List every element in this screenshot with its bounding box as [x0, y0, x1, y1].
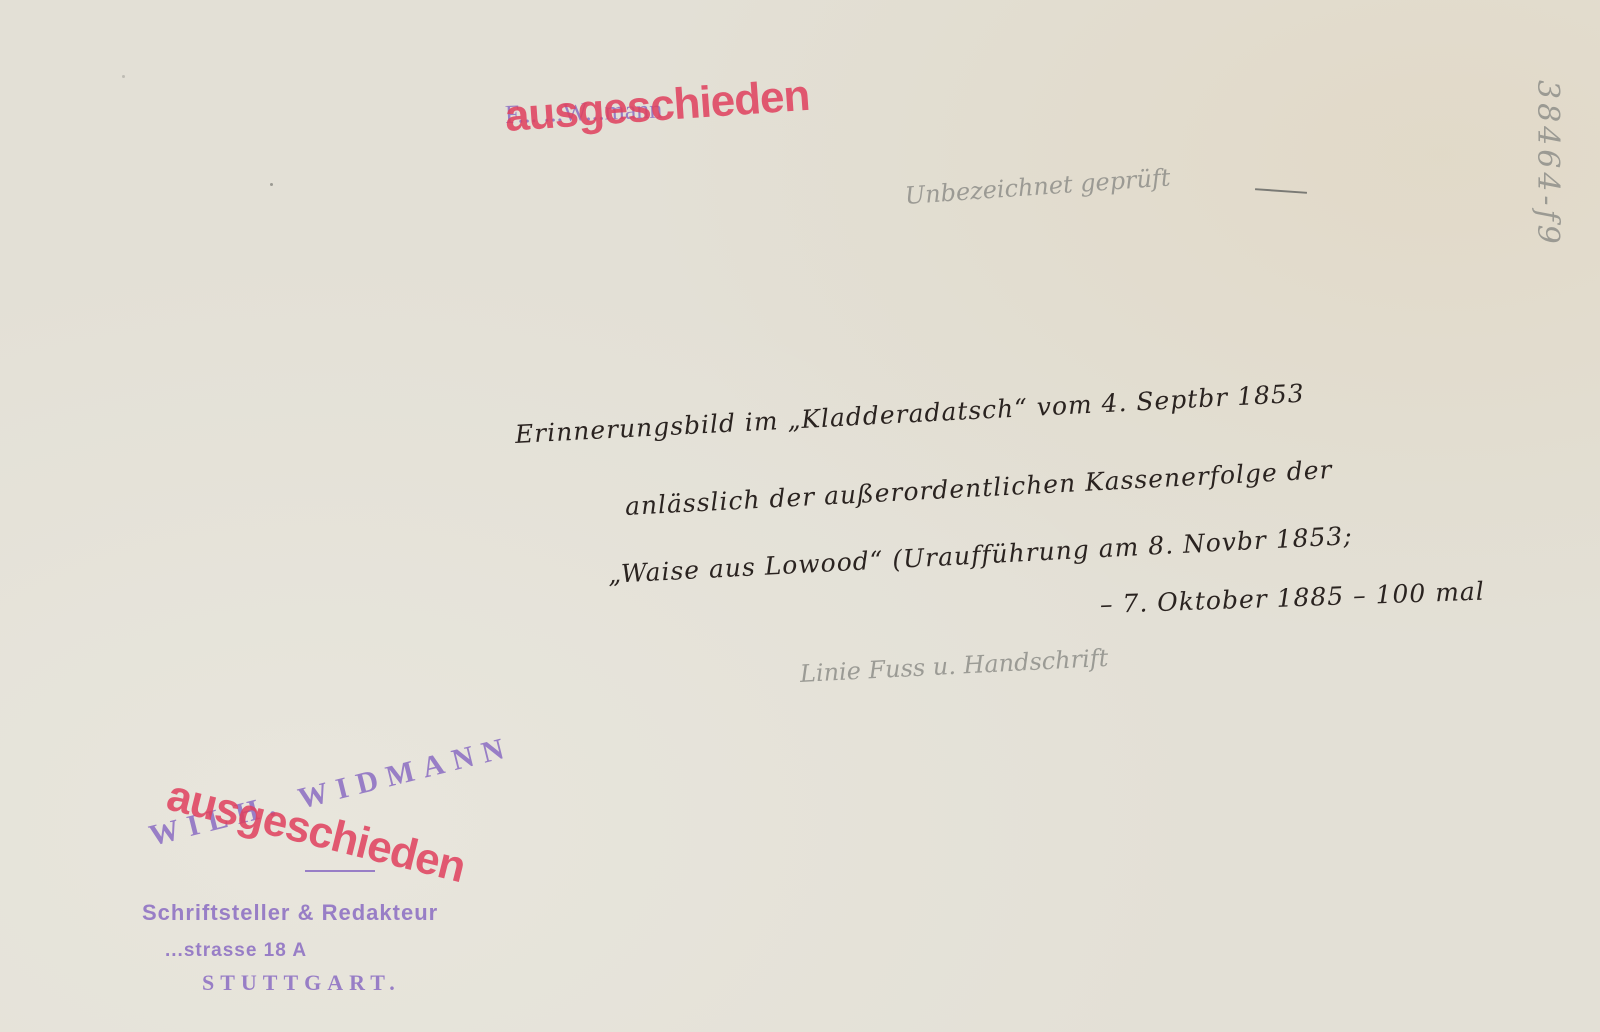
stamp-divider [305, 870, 375, 872]
stamp-street: ...strasse 18 A [165, 940, 307, 962]
stamp-profession: Schriftsteller & Redakteur [142, 900, 438, 926]
pencil-inventory-number: 38464-f9 [1530, 80, 1565, 248]
paper-speck [122, 75, 125, 78]
stamp-city: STUTTGART. [202, 970, 401, 996]
paper-speck [270, 183, 273, 186]
